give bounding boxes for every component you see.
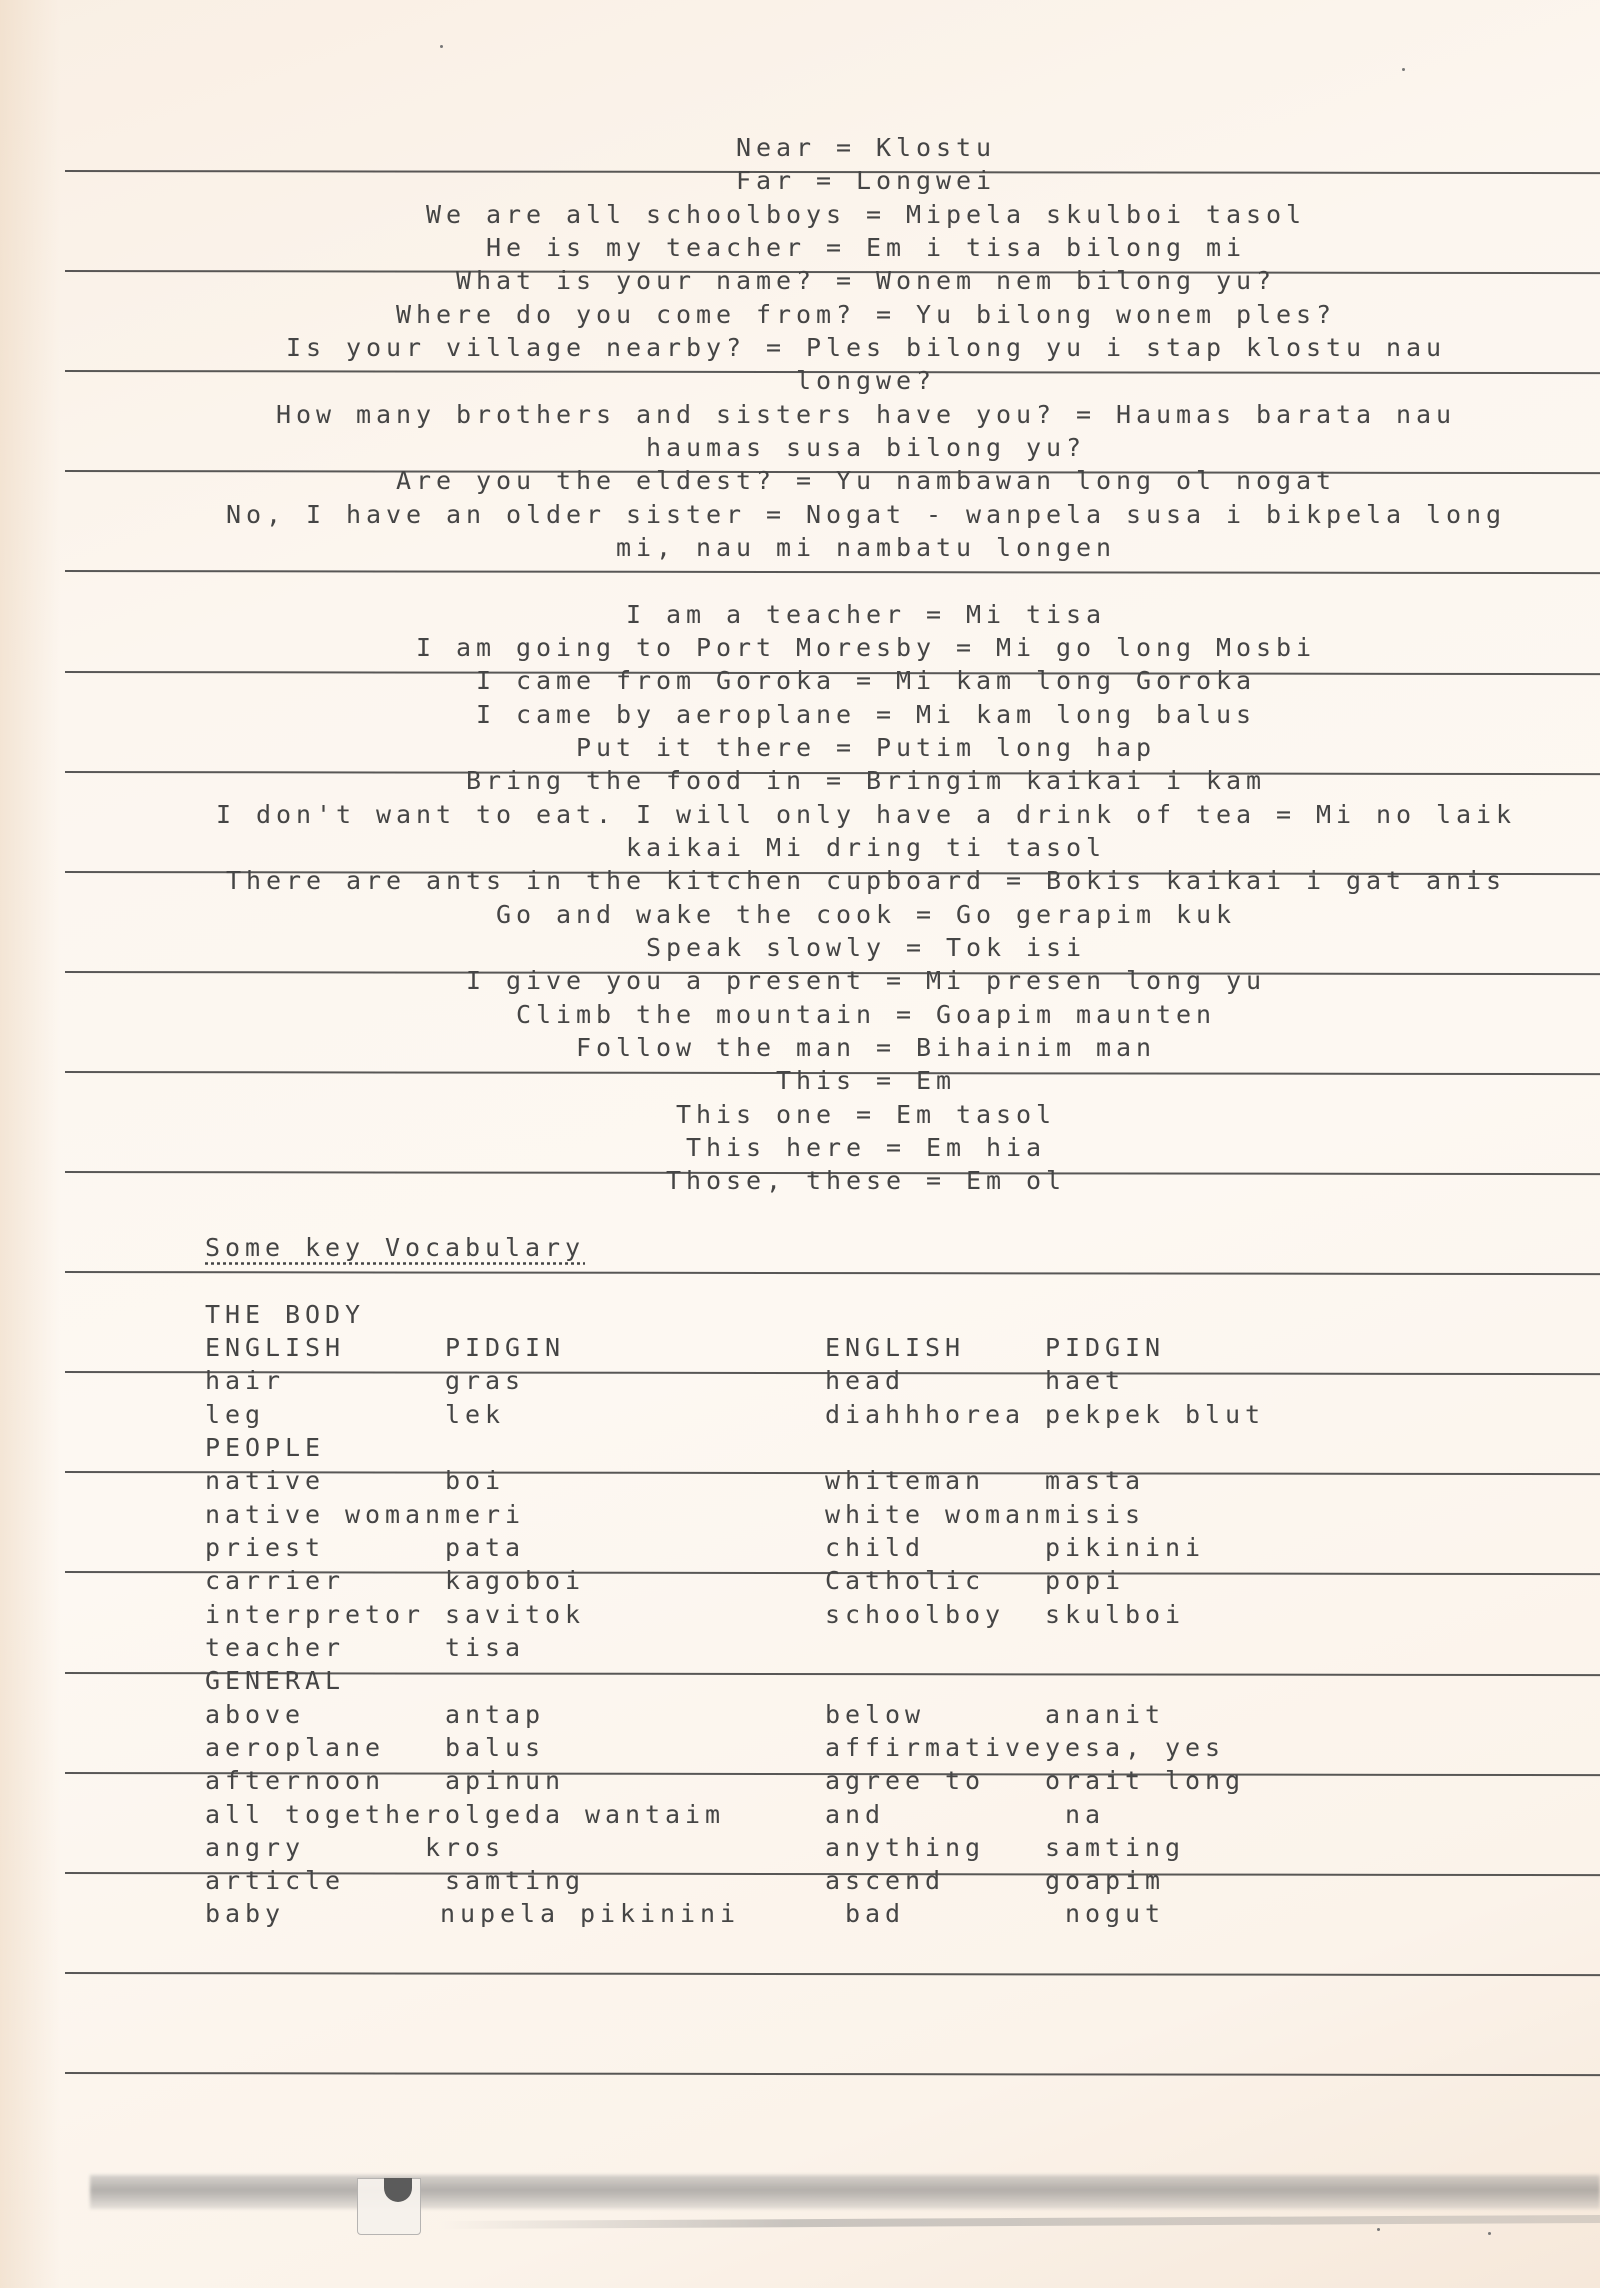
- english-word: above: [205, 1698, 305, 1732]
- english-word: afternoon: [205, 1764, 385, 1798]
- phrase-line: Follow the man = Bihainim man: [0, 1031, 1600, 1065]
- english-word: schoolboy: [825, 1598, 1005, 1632]
- phrase-line: I am a teacher = Mi tisa: [0, 598, 1600, 632]
- pidgin-word: boi: [445, 1464, 505, 1498]
- section-title: GENERAL: [205, 1664, 345, 1698]
- ruled-line: [65, 1271, 1600, 1275]
- english-word: article: [205, 1864, 345, 1898]
- english-word: hair: [205, 1364, 285, 1398]
- speck: [1488, 2232, 1491, 2235]
- phrase-line: Where do you come from? = Yu bilong wone…: [0, 298, 1600, 332]
- phrase-line: Go and wake the cook = Go gerapim kuk: [0, 898, 1600, 932]
- pidgin-word: goapim: [1045, 1864, 1165, 1898]
- phrase-line: How many brothers and sisters have you? …: [0, 398, 1600, 432]
- pidgin-word: skulboi: [1045, 1598, 1185, 1632]
- english-word: native: [205, 1464, 325, 1498]
- english-word: teacher: [205, 1631, 345, 1665]
- pidgin-word: pikinini: [1045, 1531, 1205, 1565]
- english-word: angry: [205, 1831, 305, 1865]
- scan-smudge: [90, 2175, 1600, 2209]
- english-word: aeroplane: [205, 1731, 385, 1765]
- pidgin-word: popi: [1045, 1564, 1125, 1598]
- phrase-line: Bring the food in = Bringim kaikai i kam: [0, 764, 1600, 798]
- english-word: native woman: [205, 1498, 445, 1532]
- pidgin-word: lek: [445, 1398, 505, 1432]
- pidgin-word: misis: [1045, 1498, 1145, 1532]
- pidgin-word: na: [1065, 1798, 1105, 1832]
- phrase-line: This here = Em hia: [0, 1131, 1600, 1165]
- english-word: baby: [205, 1897, 285, 1931]
- section-title: THE BODY: [205, 1298, 365, 1332]
- english-word: leg: [205, 1398, 265, 1432]
- english-word: ascend: [825, 1864, 945, 1898]
- pidgin-word: pata: [445, 1531, 525, 1565]
- pidgin-word: meri: [445, 1498, 525, 1532]
- pidgin-word: orait long: [1045, 1764, 1245, 1798]
- scan-smudge-lower: [440, 2215, 1600, 2229]
- english-word: below: [825, 1698, 925, 1732]
- ruled-line: [65, 2072, 1600, 2076]
- phrase-line: Climb the mountain = Goapim maunten: [0, 998, 1600, 1032]
- phrase-line: Far = Longwei: [0, 164, 1600, 198]
- pidgin-word: balus: [445, 1731, 545, 1765]
- pidgin-word: gras: [445, 1364, 525, 1398]
- ruled-line: [65, 1972, 1600, 1976]
- pidgin-word: masta: [1045, 1464, 1145, 1498]
- pidgin-word: yesa, yes: [1045, 1731, 1225, 1765]
- phrase-line: Put it there = Putim long hap: [0, 731, 1600, 765]
- english-word: all together: [205, 1798, 445, 1832]
- pidgin-word: antap: [445, 1698, 545, 1732]
- phrase-line: longwe?: [0, 364, 1600, 398]
- english-word: child: [825, 1531, 925, 1565]
- ruled-line: [65, 570, 1600, 574]
- phrase-line: No, I have an older sister = Nogat - wan…: [0, 498, 1600, 532]
- english-word: agree to: [825, 1764, 985, 1798]
- english-word: white woman: [825, 1498, 1045, 1532]
- pidgin-word: savitok: [445, 1598, 585, 1632]
- english-word: head: [825, 1364, 905, 1398]
- speck: [440, 45, 443, 48]
- pidgin-word: samting: [1045, 1831, 1185, 1865]
- pidgin-word: kagoboi: [445, 1564, 585, 1598]
- phrase-line: This one = Em tasol: [0, 1098, 1600, 1132]
- english-word: diahhhorea: [825, 1398, 1025, 1432]
- phrase-line: He is my teacher = Em i tisa bilong mi: [0, 231, 1600, 265]
- phrase-line: I came by aeroplane = Mi kam long balus: [0, 698, 1600, 732]
- section-title: PEOPLE: [205, 1431, 325, 1465]
- phrase-line: Speak slowly = Tok isi: [0, 931, 1600, 965]
- column-header: PIDGIN: [445, 1331, 565, 1365]
- vocabulary-heading: Some key Vocabulary: [205, 1231, 585, 1265]
- phrase-line: There are ants in the kitchen cupboard =…: [0, 864, 1600, 898]
- phrase-line: Are you the eldest? = Yu nambawan long o…: [0, 464, 1600, 498]
- pidgin-word: samting: [445, 1864, 585, 1898]
- phrase-line: I don't want to eat. I will only have a …: [0, 798, 1600, 832]
- pidgin-word: ananit: [1045, 1698, 1165, 1732]
- pidgin-word: olgeda wantaim: [445, 1798, 725, 1832]
- pidgin-word: nupela pikinini: [440, 1897, 740, 1931]
- phrase-line: I give you a present = Mi presen long yu: [0, 964, 1600, 998]
- phrase-line: We are all schoolboys = Mipela skulboi t…: [0, 198, 1600, 232]
- phrase-line: mi, nau mi nambatu longen: [0, 531, 1600, 565]
- pidgin-word: nogut: [1065, 1897, 1165, 1931]
- phrase-line: I am going to Port Moresby = Mi go long …: [0, 631, 1600, 665]
- pidgin-word: tisa: [445, 1631, 525, 1665]
- phrase-line: kaikai Mi dring ti tasol: [0, 831, 1600, 865]
- english-word: carrier: [205, 1564, 345, 1598]
- phrase-line: Near = Klostu: [0, 131, 1600, 165]
- phrase-line: haumas susa bilong yu?: [0, 431, 1600, 465]
- pidgin-word: kros: [425, 1831, 505, 1865]
- english-word: Catholic: [825, 1564, 985, 1598]
- english-word: whiteman: [825, 1464, 985, 1498]
- speck: [1377, 2228, 1380, 2231]
- pidgin-word: haet: [1045, 1364, 1125, 1398]
- pidgin-word: pekpek blut: [1045, 1398, 1265, 1432]
- pidgin-word: apinun: [445, 1764, 565, 1798]
- phrase-line: This = Em: [0, 1064, 1600, 1098]
- phrase-line: Is your village nearby? = Ples bilong yu…: [0, 331, 1600, 365]
- speck: [1402, 68, 1405, 71]
- column-header: ENGLISH: [825, 1331, 965, 1365]
- english-word: and: [825, 1798, 885, 1832]
- column-header: ENGLISH: [205, 1331, 345, 1365]
- english-word: anything: [825, 1831, 985, 1865]
- english-word: priest: [205, 1531, 325, 1565]
- phrase-line: I came from Goroka = Mi kam long Goroka: [0, 664, 1600, 698]
- phrase-line: Those, these = Em ol: [0, 1164, 1600, 1198]
- english-word: bad: [845, 1897, 905, 1931]
- column-header: PIDGIN: [1045, 1331, 1165, 1365]
- phrase-line: What is your name? = Wonem nem bilong yu…: [0, 264, 1600, 298]
- english-word: affirmative: [825, 1731, 1045, 1765]
- english-word: interpretor: [205, 1598, 425, 1632]
